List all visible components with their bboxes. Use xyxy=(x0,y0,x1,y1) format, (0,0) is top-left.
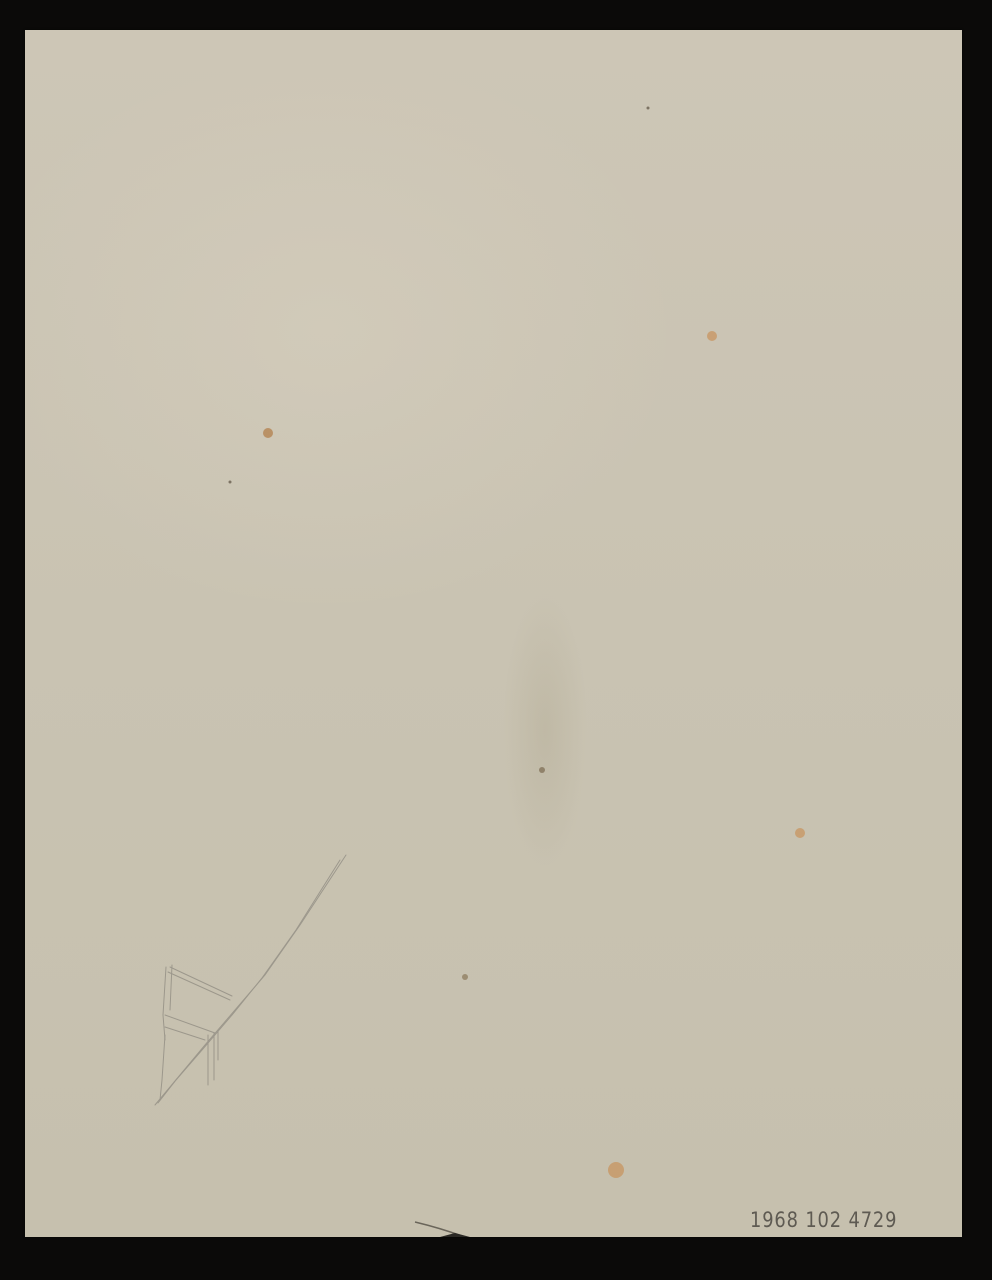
paper-tear xyxy=(0,0,992,1280)
accession-number: 1968 102 4729 xyxy=(750,1208,897,1232)
